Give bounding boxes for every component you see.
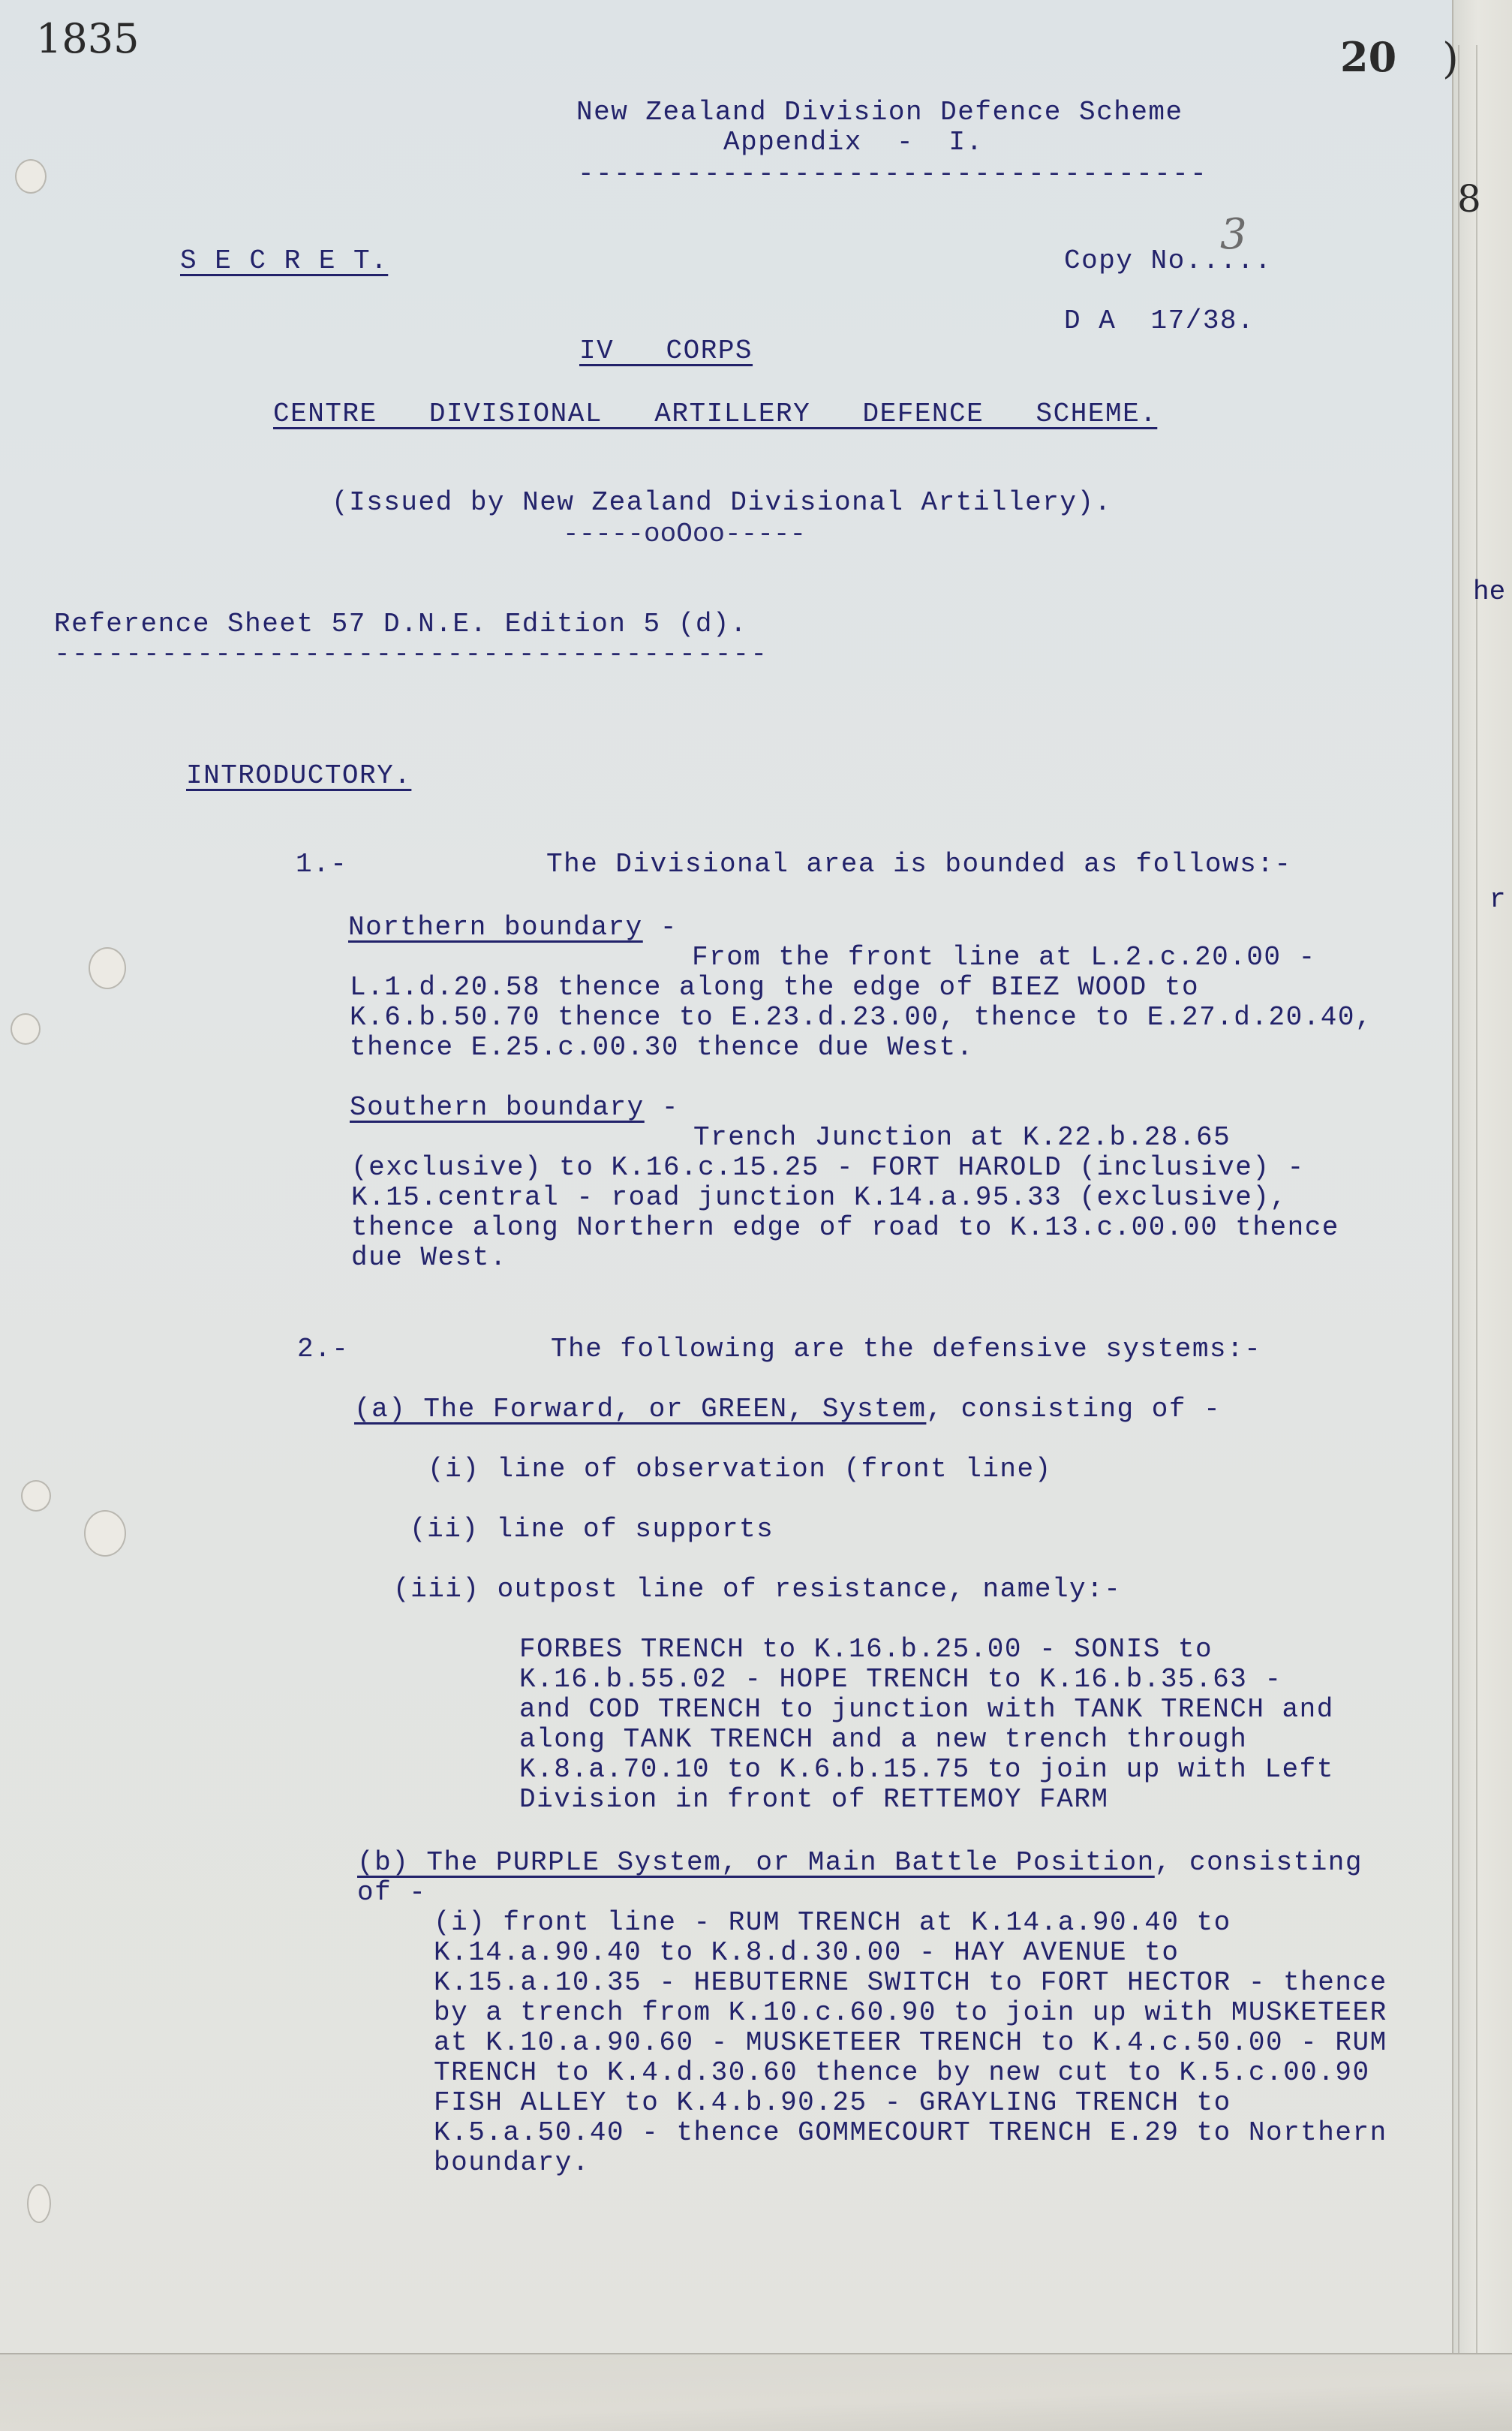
corps-heading: IV CORPS bbox=[579, 336, 753, 367]
detail-line: FISH ALLEY to K.4.b.90.25 - GRAYLING TRE… bbox=[434, 2088, 1231, 2119]
punch-hole bbox=[21, 1480, 51, 1512]
boundary-line: thence E.25.c.00.30 thence due West. bbox=[350, 1033, 974, 1064]
detail-line: and COD TRENCH to junction with TANK TRE… bbox=[519, 1695, 1334, 1725]
southern-boundary-heading: Southern boundary - bbox=[350, 1093, 679, 1124]
boundary-line: K.15.central - road junction K.14.a.95.3… bbox=[351, 1183, 1288, 1214]
heading-suffix: , consisting bbox=[1155, 1847, 1363, 1878]
punch-hole bbox=[11, 1013, 41, 1045]
boundary-line: Trench Junction at K.22.b.28.65 bbox=[693, 1123, 1231, 1154]
page-edge-line bbox=[1476, 45, 1477, 2409]
boundary-line: From the front line at L.2.c.20.00 - bbox=[692, 943, 1316, 973]
list-item-number: (i) bbox=[428, 1454, 479, 1485]
detail-line: boundary. bbox=[434, 2148, 590, 2179]
heading-suffix: - bbox=[643, 912, 678, 943]
detail-line: K.15.a.10.35 - HEBUTERNE SWITCH to FORT … bbox=[434, 1968, 1387, 1999]
detail-line: along TANK TRENCH and a new trench throu… bbox=[519, 1725, 1247, 1756]
system-a-label: (a) The Forward, or GREEN, System bbox=[354, 1394, 926, 1425]
archive-stamp-number: 1835 bbox=[36, 15, 139, 62]
boundary-line: L.1.d.20.58 thence along the edge of BIE… bbox=[350, 973, 1199, 1003]
system-a-heading: (a) The Forward, or GREEN, System, consi… bbox=[354, 1395, 1221, 1425]
detail-line: at K.10.a.90.60 - MUSKETEER TRENCH to K.… bbox=[434, 2028, 1387, 2059]
page-edge-line bbox=[1458, 45, 1459, 2409]
punch-hole bbox=[15, 159, 47, 194]
system-b-heading: (b) The PURPLE System, or Main Battle Po… bbox=[357, 1848, 1363, 1879]
continuation-text: of - bbox=[357, 1878, 426, 1909]
separator: -----ooOoo----- bbox=[563, 519, 806, 550]
list-item: (i) line of observation (front line) bbox=[428, 1455, 1052, 1485]
scheme-title: CENTRE DIVISIONAL ARTILLERY DEFENCE SCHE… bbox=[273, 399, 1157, 430]
reference-code: D A 17/38. bbox=[1064, 306, 1255, 337]
list-item: (iii) outpost line of resistance, namely… bbox=[393, 1575, 1121, 1605]
heading-suffix: - bbox=[645, 1092, 679, 1123]
heading-suffix: , consisting of - bbox=[926, 1394, 1221, 1425]
margin-bracket: ) bbox=[1442, 35, 1459, 83]
detail-line: K.16.b.55.02 - HOPE TRENCH to K.16.b.35.… bbox=[519, 1665, 1282, 1695]
detail-line: (i) front line - RUM TRENCH at K.14.a.90… bbox=[434, 1908, 1231, 1939]
detail-line: K.14.a.90.40 to K.8.d.30.00 - HAY AVENUE… bbox=[434, 1938, 1179, 1969]
paragraph-number: 2.- bbox=[297, 1334, 349, 1365]
punch-hole bbox=[27, 2184, 51, 2223]
reference-rule: ---------------------------------------- bbox=[54, 639, 768, 670]
issued-by: (Issued by New Zealand Divisional Artill… bbox=[332, 488, 1112, 519]
bottom-paper-fold bbox=[0, 2353, 1512, 2431]
boundary-line: thence along Northern edge of road to K.… bbox=[351, 1213, 1339, 1244]
boundary-line: K.6.b.50.70 thence to E.23.d.23.00, then… bbox=[350, 1003, 1372, 1033]
boundary-line: due West. bbox=[351, 1243, 507, 1274]
paragraph-text: The Divisional area is bounded as follow… bbox=[546, 850, 1291, 880]
list-item: (ii) line of supports bbox=[410, 1515, 774, 1545]
document-subtitle: Appendix - I. bbox=[723, 128, 984, 158]
copy-number-label: Copy No..... bbox=[1064, 246, 1272, 277]
northern-boundary-label: Northern boundary bbox=[348, 912, 643, 943]
reference-sheet: Reference Sheet 57 D.N.E. Edition 5 (d). bbox=[54, 609, 747, 640]
underlying-text-fragment: he bbox=[1473, 576, 1505, 607]
paragraph-text: The following are the defensive systems:… bbox=[551, 1334, 1261, 1365]
detail-line: FORBES TRENCH to K.16.b.25.00 - SONIS to bbox=[519, 1635, 1213, 1665]
list-item-text: outpost line of resistance, namely:- bbox=[497, 1574, 1122, 1605]
boundary-line: (exclusive) to K.16.c.15.25 - FORT HAROL… bbox=[351, 1153, 1305, 1184]
detail-line: K.8.a.70.10 to K.6.b.15.75 to join up wi… bbox=[519, 1755, 1334, 1786]
system-b-label: (b) The PURPLE System, or Main Battle Po… bbox=[357, 1847, 1155, 1878]
classification-label: S E C R E T. bbox=[180, 246, 388, 277]
detail-line: Division in front of RETTEMOY FARM bbox=[519, 1785, 1109, 1816]
punch-hole bbox=[89, 947, 126, 989]
list-item-text: line of supports bbox=[497, 1514, 774, 1545]
paragraph-number: 1.- bbox=[296, 850, 347, 880]
detail-line: by a trench from K.10.c.60.90 to join up… bbox=[434, 1998, 1387, 2029]
document-title: New Zealand Division Defence Scheme bbox=[576, 98, 1183, 128]
folio-number: 20 bbox=[1340, 33, 1396, 81]
side-folio-number: 8 bbox=[1457, 177, 1481, 221]
list-item-text: line of observation (front line) bbox=[497, 1454, 1051, 1485]
southern-boundary-label: Southern boundary bbox=[350, 1092, 645, 1123]
title-rule: ----------------------------------- bbox=[578, 159, 1208, 190]
section-heading: INTRODUCTORY. bbox=[186, 761, 411, 792]
underlying-page-edge bbox=[1452, 0, 1512, 2431]
list-item-number: (iii) bbox=[393, 1574, 480, 1605]
underlying-text-fragment: r bbox=[1489, 884, 1506, 915]
detail-line: K.5.a.50.40 - thence GOMMECOURT TRENCH E… bbox=[434, 2118, 1387, 2149]
northern-boundary-heading: Northern boundary - bbox=[348, 913, 678, 943]
detail-line: TRENCH to K.4.d.30.60 thence by new cut … bbox=[434, 2058, 1370, 2089]
punch-hole bbox=[84, 1510, 126, 1557]
list-item-number: (ii) bbox=[410, 1514, 479, 1545]
